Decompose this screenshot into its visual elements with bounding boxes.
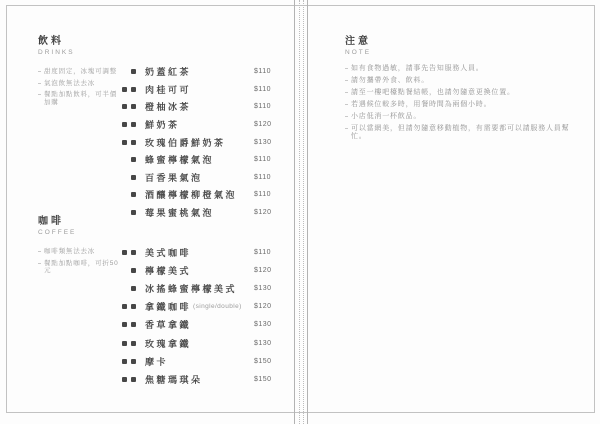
coffee-section: 咖啡 COFFEE 咖啡類無法去冰餐點加點咖啡，可折50元 美式咖啡$110檸檬… <box>38 212 274 389</box>
item-name: 香草拿鐵 <box>145 318 191 331</box>
badge-group <box>120 104 136 109</box>
note-line: 氣泡飲無法去冰 <box>38 80 120 88</box>
dash-bullet-icon <box>345 80 348 81</box>
item-name: 焦糖瑪琪朵 <box>145 373 203 386</box>
dash-bullet-icon <box>38 94 41 95</box>
note-text: 小店低消一杯飲品。 <box>351 113 421 121</box>
dash-bullet-icon <box>345 116 348 117</box>
note-line: 餐點加點飲料，可半價加購 <box>38 91 120 106</box>
temperature-badge-icon <box>122 87 127 92</box>
menu-item-row: 焦糖瑪琪朵$150 <box>120 370 274 388</box>
note-line: 咖啡類無法去冰 <box>38 248 120 256</box>
badge-group <box>120 250 136 255</box>
note-list: 如有食物過敏，請事先告知服務人員。請勿攜帶外食、飲料。請至一樓吧檯點餐結帳，也請… <box>345 65 577 140</box>
note-text: 請至一樓吧檯點餐結帳，也請勿隨意更換位置。 <box>351 89 515 97</box>
item-name: 酒釀檸檬柳橙氣泡 <box>145 188 237 201</box>
note-page-subtitle: NOTE <box>345 49 577 56</box>
note-line: 小店低消一杯飲品。 <box>345 113 577 121</box>
temperature-badge-icon <box>131 157 136 162</box>
drinks-section-subtitle: DRINKS <box>38 49 274 56</box>
badge-group <box>120 286 136 291</box>
temperature-badge-icon <box>122 377 127 382</box>
item-price: $110 <box>254 174 274 181</box>
item-price: $120 <box>254 267 274 274</box>
coffee-item-list: 美式咖啡$110檸檬美式$120冰搖蜂蜜檸檬美式$130拿鐵咖啡(single/… <box>120 243 274 389</box>
note-text: 可以當網美，但請勿隨意移動植物，有需要都可以請服務人員幫忙。 <box>351 125 577 140</box>
menu-item-row: 蜂蜜檸檬氣泡$110 <box>120 151 274 169</box>
coffee-section-subtitle: COFFEE <box>38 229 274 236</box>
badge-group <box>120 359 136 364</box>
note-page: 注意 NOTE 如有食物過敏，請事先告知服務人員。請勿攜帶外食、飲料。請至一樓吧… <box>345 32 577 145</box>
dash-bullet-icon <box>345 128 348 129</box>
temperature-badge-icon <box>131 175 136 180</box>
temperature-badge-icon <box>122 104 127 109</box>
book-spine <box>294 0 308 424</box>
item-name: 奶蓋紅茶 <box>145 65 191 78</box>
temperature-badge-icon <box>122 304 127 309</box>
note-text: 甜度固定，冰塊可調整 <box>44 68 117 76</box>
spine-line-right <box>307 0 308 424</box>
temperature-badge-icon <box>122 250 127 255</box>
menu-spread: 飲料 DRINKS 甜度固定，冰塊可調整氣泡飲無法去冰餐點加點飲料，可半價加購 … <box>0 0 600 424</box>
note-text: 如有食物過敏，請事先告知服務人員。 <box>351 65 484 73</box>
temperature-badge-icon <box>131 304 136 309</box>
note-line: 請勿攜帶外食、飲料。 <box>345 77 577 85</box>
temperature-badge-icon <box>122 322 127 327</box>
note-text: 氣泡飲無法去冰 <box>44 80 95 88</box>
item-name: 冰搖蜂蜜檸檬美式 <box>145 282 237 295</box>
item-name: 檸檬美式 <box>145 264 191 277</box>
coffee-section-title: 咖啡 <box>38 212 274 227</box>
note-text: 餐點加點咖啡，可折50元 <box>44 260 120 275</box>
menu-item-row: 鮮奶茶$120 <box>120 116 274 134</box>
menu-item-row: 玫瑰伯爵鮮奶茶$130 <box>120 133 274 151</box>
drinks-section: 飲料 DRINKS 甜度固定，冰塊可調整氣泡飲無法去冰餐點加點飲料，可半價加購 … <box>38 32 274 221</box>
temperature-badge-icon <box>131 322 136 327</box>
badge-group <box>120 87 136 92</box>
item-price: $120 <box>254 121 274 128</box>
dash-bullet-icon <box>345 92 348 93</box>
temperature-badge-icon <box>131 69 136 74</box>
note-page-title: 注意 <box>345 32 577 47</box>
item-name: 美式咖啡 <box>145 246 191 259</box>
spine-line-left <box>294 0 295 424</box>
badge-group <box>120 69 136 74</box>
item-price: $130 <box>254 139 274 146</box>
item-price: $110 <box>254 103 274 110</box>
item-name: 鮮奶茶 <box>145 118 180 131</box>
menu-item-row: 檸檬美式$120 <box>120 261 274 279</box>
badge-group <box>120 377 136 382</box>
item-price: $120 <box>254 303 274 310</box>
note-text: 請勿攜帶外食、飲料。 <box>351 77 429 85</box>
dash-bullet-icon <box>345 104 348 105</box>
temperature-badge-icon <box>131 122 136 127</box>
temperature-badge-icon <box>122 341 127 346</box>
menu-item-row: 百香果氣泡$110 <box>120 169 274 187</box>
temperature-badge-icon <box>122 359 127 364</box>
badge-group <box>120 341 136 346</box>
badge-group <box>120 322 136 327</box>
temperature-badge-icon <box>131 268 136 273</box>
dash-bullet-icon <box>38 71 41 72</box>
item-name: 蜂蜜檸檬氣泡 <box>145 153 214 166</box>
dash-bullet-icon <box>345 68 348 69</box>
item-price: $110 <box>254 156 274 163</box>
item-name-suffix: (single/double) <box>193 303 242 310</box>
badge-group <box>120 122 136 127</box>
temperature-badge-icon <box>131 192 136 197</box>
spine-stitch-right-icon <box>303 0 304 424</box>
menu-item-row: 奶蓋紅茶$110 <box>120 63 274 81</box>
temperature-badge-icon <box>131 377 136 382</box>
menu-item-row: 肉桂可可$110 <box>120 81 274 99</box>
item-name: 橙柚冰茶 <box>145 100 191 113</box>
item-price: $130 <box>254 340 274 347</box>
dash-bullet-icon <box>38 83 41 84</box>
note-line: 可以當網美，但請勿隨意移動植物，有需要都可以請服務人員幫忙。 <box>345 125 577 140</box>
menu-item-row: 玫瑰拿鐵$130 <box>120 334 274 352</box>
note-line: 若遇候位較多時，用餐時間為兩個小時。 <box>345 101 577 109</box>
item-name: 肉桂可可 <box>145 83 191 96</box>
item-price: $150 <box>254 376 274 383</box>
item-price: $110 <box>254 86 274 93</box>
item-name: 百香果氣泡 <box>145 171 203 184</box>
temperature-badge-icon <box>131 140 136 145</box>
item-price: $110 <box>254 68 274 75</box>
menu-item-row: 摩卡$150 <box>120 352 274 370</box>
note-text: 咖啡類無法去冰 <box>44 248 95 256</box>
menu-item-row: 香草拿鐵$130 <box>120 316 274 334</box>
badge-group <box>120 157 136 162</box>
menu-item-row: 拿鐵咖啡(single/double)$120 <box>120 298 274 316</box>
item-name: 玫瑰伯爵鮮奶茶 <box>145 136 226 149</box>
badge-group <box>120 175 136 180</box>
item-price: $150 <box>254 358 274 365</box>
dash-bullet-icon <box>38 263 41 264</box>
temperature-badge-icon <box>131 250 136 255</box>
temperature-badge-icon <box>131 286 136 291</box>
temperature-badge-icon <box>131 104 136 109</box>
menu-item-row: 橙柚冰茶$110 <box>120 98 274 116</box>
spine-stitch-left-icon <box>299 0 300 424</box>
menu-item-row: 美式咖啡$110 <box>120 243 274 261</box>
note-line: 請至一樓吧檯點餐結帳，也請勿隨意更換位置。 <box>345 89 577 97</box>
temperature-badge-icon <box>122 140 127 145</box>
badge-group <box>120 268 136 273</box>
item-price: $110 <box>254 249 274 256</box>
temperature-badge-icon <box>131 359 136 364</box>
item-name: 拿鐵咖啡 <box>145 300 191 313</box>
item-price: $130 <box>254 285 274 292</box>
item-name: 摩卡 <box>145 355 168 368</box>
drinks-section-title: 飲料 <box>38 32 274 47</box>
temperature-badge-icon <box>122 122 127 127</box>
temperature-badge-icon <box>131 87 136 92</box>
note-line: 如有食物過敏，請事先告知服務人員。 <box>345 65 577 73</box>
coffee-notes: 咖啡類無法去冰餐點加點咖啡，可折50元 <box>38 243 120 389</box>
temperature-badge-icon <box>131 341 136 346</box>
dash-bullet-icon <box>38 251 41 252</box>
menu-item-row: 酒釀檸檬柳橙氣泡$110 <box>120 186 274 204</box>
badge-group <box>120 304 136 309</box>
badge-group <box>120 140 136 145</box>
item-price: $130 <box>254 321 274 328</box>
note-text: 餐點加點飲料，可半價加購 <box>44 91 120 106</box>
note-line: 甜度固定，冰塊可調整 <box>38 68 120 76</box>
note-line: 餐點加點咖啡，可折50元 <box>38 260 120 275</box>
item-name: 玫瑰拿鐵 <box>145 337 191 350</box>
menu-item-row: 冰搖蜂蜜檸檬美式$130 <box>120 279 274 297</box>
drinks-notes: 甜度固定，冰塊可調整氣泡飲無法去冰餐點加點飲料，可半價加購 <box>38 63 120 221</box>
item-price: $110 <box>254 191 274 198</box>
note-text: 若遇候位較多時，用餐時間為兩個小時。 <box>351 101 491 109</box>
badge-group <box>120 192 136 197</box>
drinks-item-list: 奶蓋紅茶$110肉桂可可$110橙柚冰茶$110鮮奶茶$120玫瑰伯爵鮮奶茶$1… <box>120 63 274 221</box>
